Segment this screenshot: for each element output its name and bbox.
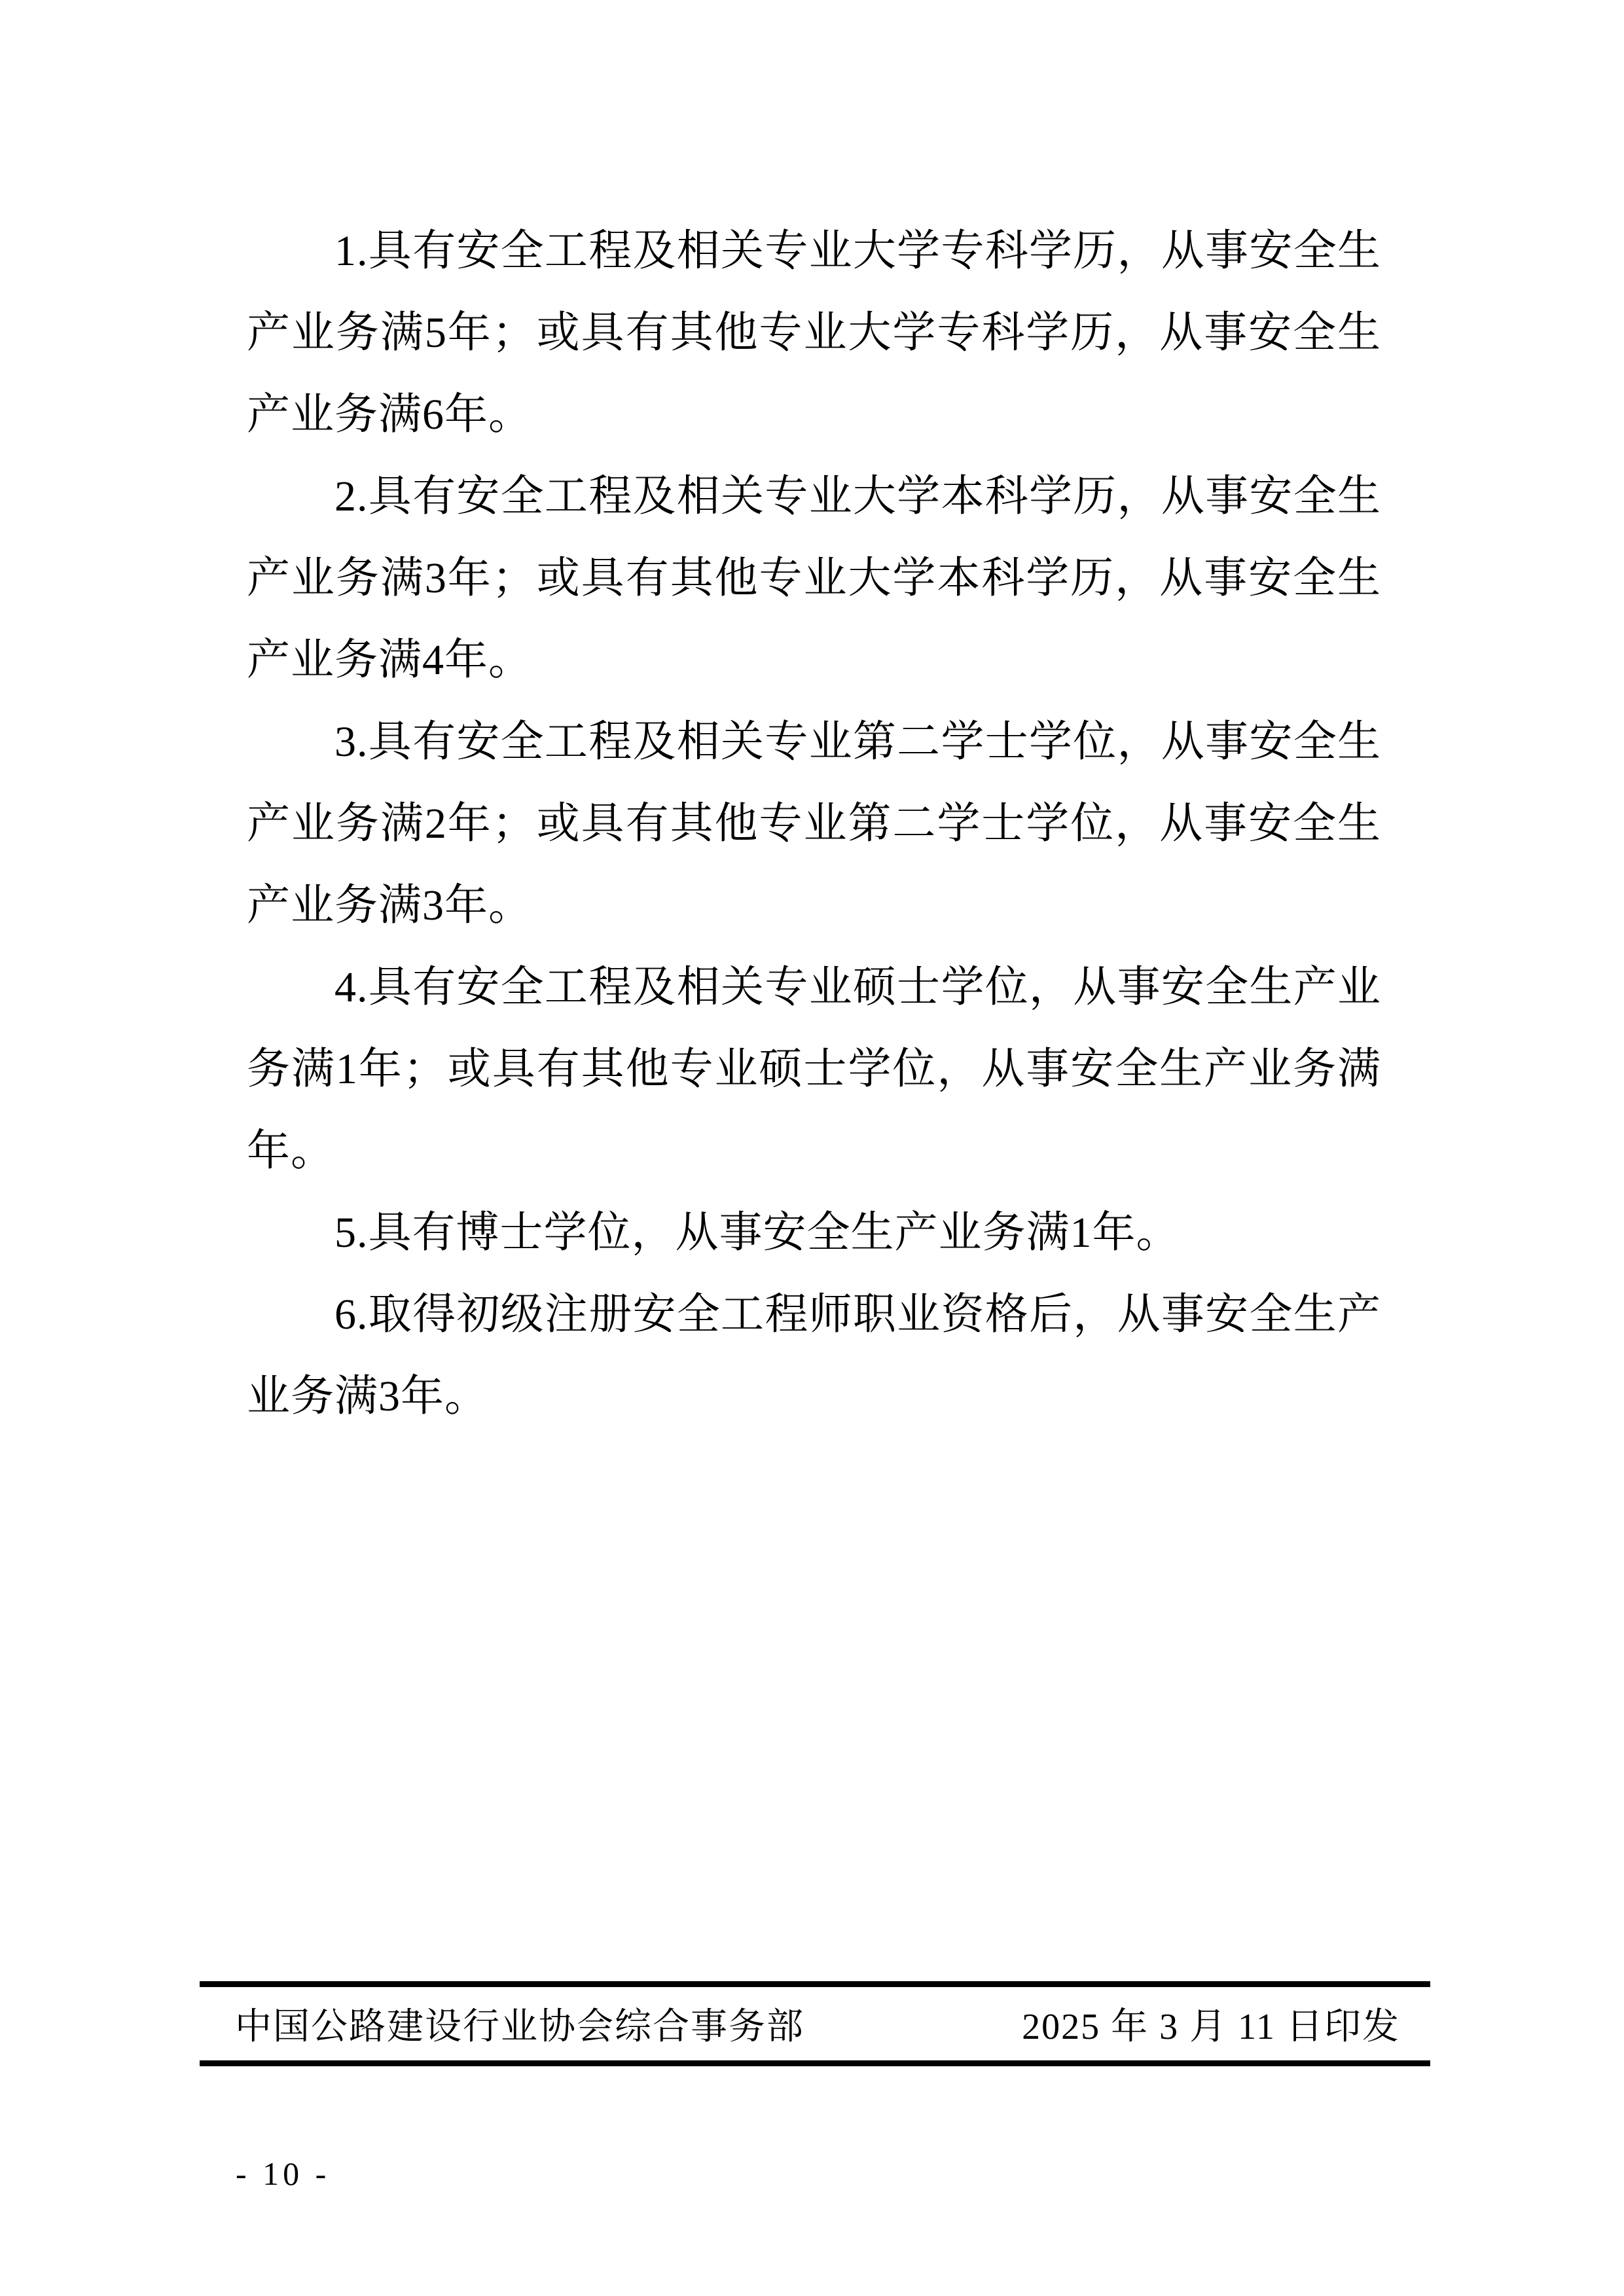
document-page: 1.具有安全工程及相关专业大学专科学历，从事安全生 产业务满5年；或具有其他专业…: [0, 0, 1624, 2296]
clause-2-line-2: 产业务满3年；或具有其他专业大学本科学历，从事安全生: [247, 537, 1381, 619]
page-number: - 10 -: [236, 2155, 330, 2193]
clause-1-line-1: 1.具有安全工程及相关专业大学专科学历，从事安全生: [247, 210, 1381, 292]
clause-1-line-2: 产业务满5年；或具有其他专业大学专科学历，从事安全生: [247, 292, 1381, 374]
clause-4-line-3: 年。: [247, 1110, 1381, 1192]
clause-4-line-2: 务满1年；或具有其他专业硕士学位，从事安全生产业务满2: [247, 1028, 1381, 1110]
clause-2-line-1: 2.具有安全工程及相关专业大学本科学历，从事安全生: [247, 456, 1381, 537]
clause-2-line-3: 产业务满4年。: [247, 619, 1381, 701]
clause-3-line-1: 3.具有安全工程及相关专业第二学士学位，从事安全生: [247, 701, 1381, 783]
clause-6-line-1: 6.取得初级注册安全工程师职业资格后，从事安全生产: [247, 1274, 1381, 1355]
clause-6-line-2: 业务满3年。: [247, 1355, 1381, 1437]
body-text-block: 1.具有安全工程及相关专业大学专科学历，从事安全生 产业务满5年；或具有其他专业…: [247, 210, 1381, 1437]
clause-4-line-1: 4.具有安全工程及相关专业硕士学位，从事安全生产业: [247, 946, 1381, 1028]
print-date: 2025 年 3 月 11 日印发: [1022, 1998, 1400, 2050]
colophon-bar: 中国公路建设行业协会综合事务部 2025 年 3 月 11 日印发: [200, 1981, 1430, 2066]
clause-5-line-1: 5.具有博士学位，从事安全生产业务满1年。: [247, 1192, 1381, 1274]
clause-3-line-3: 产业务满3年。: [247, 865, 1381, 946]
issuing-department: 中国公路建设行业协会综合事务部: [235, 1998, 804, 2050]
clause-1-line-3: 产业务满6年。: [247, 374, 1381, 456]
clause-3-line-2: 产业务满2年；或具有其他专业第二学士学位，从事安全生: [247, 783, 1381, 865]
